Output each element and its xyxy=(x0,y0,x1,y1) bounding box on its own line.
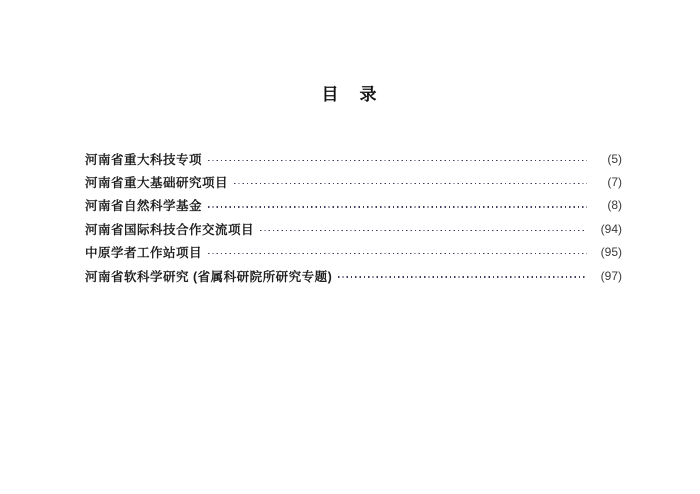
dot-leader xyxy=(338,276,587,277)
toc-entry: 中原学者工作站项目 (95) xyxy=(85,241,622,264)
toc-entry: 河南省国际科技合作交流项目 (94) xyxy=(85,217,622,240)
toc-entry-label: 中原学者工作站项目 xyxy=(85,243,202,261)
toc-entry-page: (95) xyxy=(594,245,622,259)
toc-entry-page: (5) xyxy=(594,152,622,166)
page-title: 目 录 xyxy=(0,0,700,104)
toc-entry-label: 河南省重大科技专项 xyxy=(85,150,202,168)
toc-entry: 河南省重大基础研究项目 (7) xyxy=(85,170,622,193)
toc-entry-label: 河南省国际科技合作交流项目 xyxy=(85,220,254,238)
toc-entry: 河南省软科学研究 (省属科研院所研究专题) (97) xyxy=(85,264,622,287)
dot-leader xyxy=(208,253,587,254)
dot-leader xyxy=(234,183,587,184)
toc-entry-page: (8) xyxy=(594,198,622,212)
toc-entry-page: (94) xyxy=(594,222,622,236)
dot-leader xyxy=(260,230,587,231)
toc-entry-page: (7) xyxy=(594,175,622,189)
table-of-contents: 河南省重大科技专项 (5) 河南省重大基础研究项目 (7) 河南省自然科学基金 … xyxy=(0,147,700,287)
toc-entry: 河南省自然科学基金 (8) xyxy=(85,194,622,217)
toc-entry-label: 河南省自然科学基金 xyxy=(85,196,202,214)
toc-entry: 河南省重大科技专项 (5) xyxy=(85,147,622,170)
toc-entry-label: 河南省重大基础研究项目 xyxy=(85,173,228,191)
document-page: 目 录 河南省重大科技专项 (5) 河南省重大基础研究项目 (7) 河南省自然科… xyxy=(0,0,700,494)
dot-leader xyxy=(208,160,587,161)
dot-leader xyxy=(208,206,587,207)
toc-entry-label: 河南省软科学研究 (省属科研院所研究专题) xyxy=(85,267,332,285)
toc-entry-page: (97) xyxy=(594,269,622,283)
